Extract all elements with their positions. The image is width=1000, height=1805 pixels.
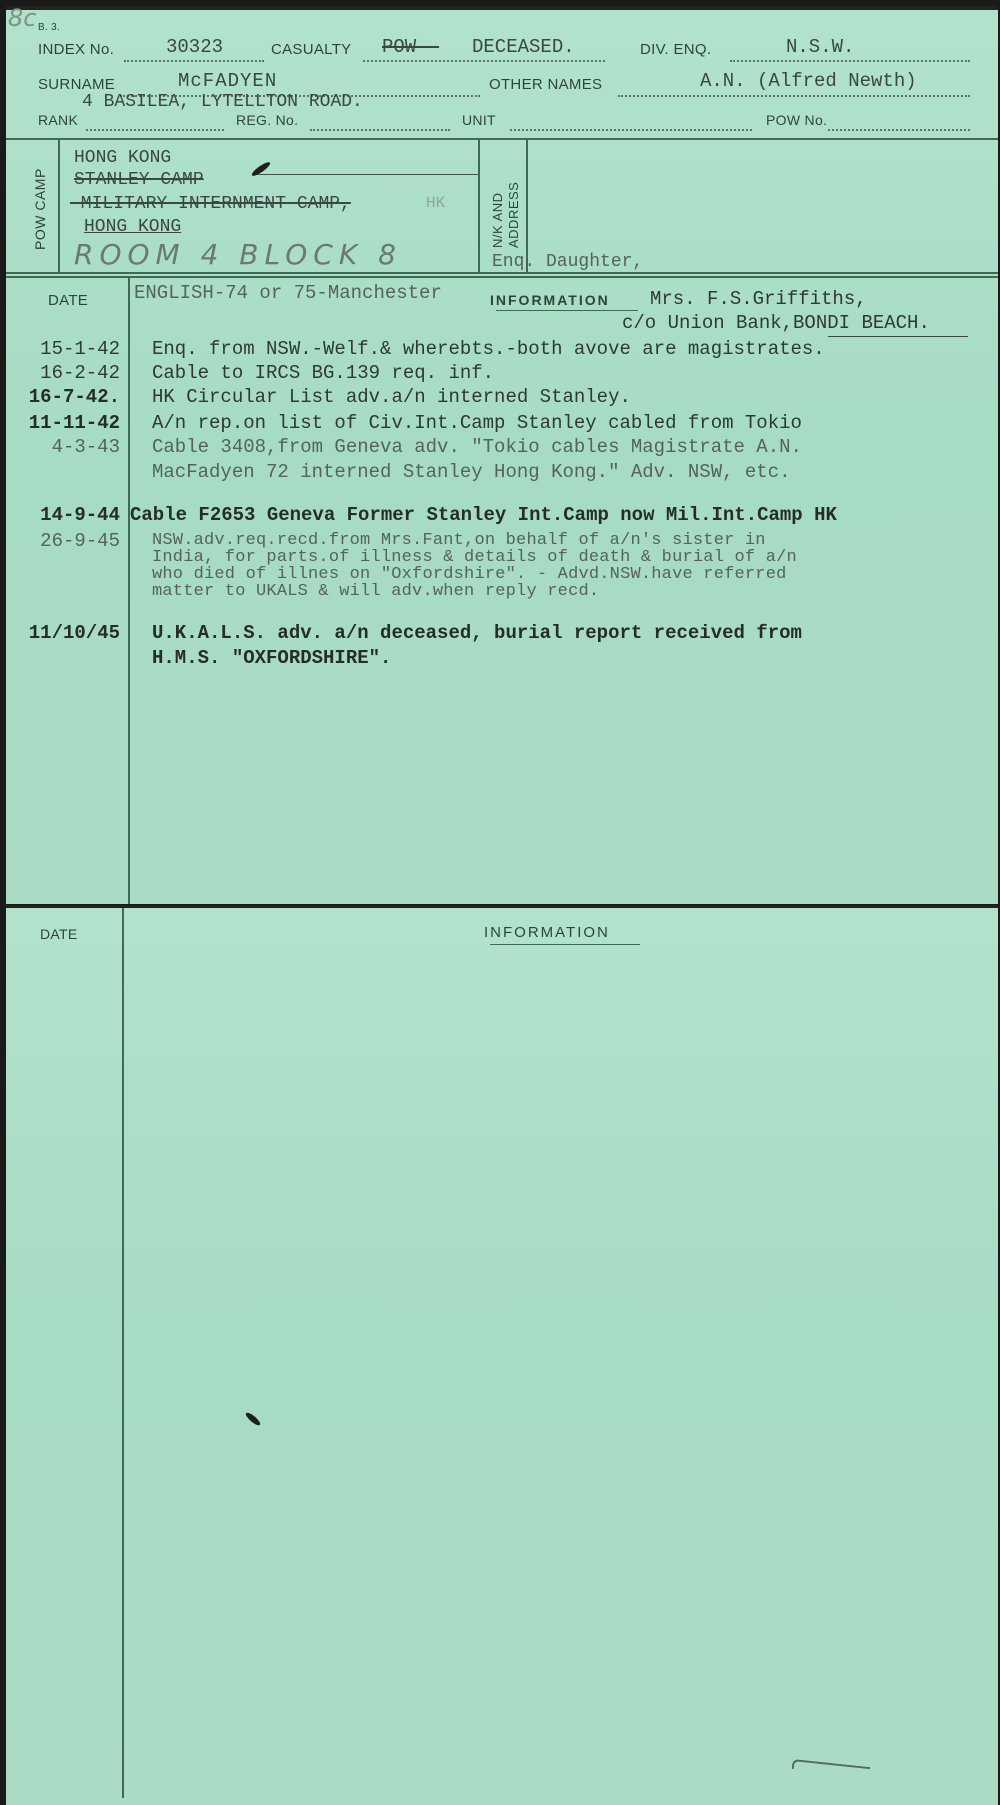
entry-date: 15-1-42 [2,338,120,360]
nk-label-line-1: N/K AND [490,192,505,248]
entry-text-line: H.M.S. "OXFORDSHIRE". [152,647,391,669]
information-header: INFORMATION [490,292,610,308]
pow-camp-strike-rule [256,174,480,175]
information-header-underline [496,310,638,311]
nk-label-line-2: ADDRESS [506,182,521,248]
entry-date: 14-9-44 [2,504,120,526]
back-date-header: DATE [40,926,78,942]
index-card-back: DATE INFORMATION [6,905,998,1805]
other-names-label: OTHER NAMES [489,76,602,93]
entry-date: 4-3-43 [2,436,120,458]
other-names-dots [618,95,970,97]
surname-label: SURNAME [38,76,115,93]
entry-date: 11/10/45 [2,622,120,644]
address-value: 4 BASILEA, LYTELLTON ROAD. [82,92,363,112]
date-column-divider [128,278,130,904]
pow-camp-line-4: HONG KONG [84,217,181,237]
entry-text-line: Cable to IRCS BG.139 req. inf. [152,362,494,384]
div-enq-label: DIV. ENQ. [640,41,711,58]
entry-date: 11-11-42 [2,412,120,434]
rank-label: RANK [38,112,78,128]
nk-address-line-2: Mrs. F.S.Griffiths, [650,288,867,310]
pow-no-dots [828,129,970,131]
index-label: INDEX No. [38,41,114,58]
date-header: DATE [48,292,88,309]
entry-text-line: Cable 3408,from Geneva adv. "Tokio cable… [152,436,802,458]
entry-text-line: MacFadyen 72 interned Stanley Hong Kong.… [152,461,791,483]
index-card-front: 8c B. 3. INDEX No. 30323 CASUALTY POW - … [6,6,998,904]
reg-no-label: REG. No. [236,112,298,128]
casualty-struck-value: POW - [382,36,439,58]
bondi-beach-underline [828,336,968,337]
pow-no-label: POW No. [766,112,827,128]
pow-camp-line-3: -MILITARY INTERNMENT CAMP, [70,194,351,214]
entry-text-line: who died of illnes on "Oxfordshire". - A… [152,566,787,583]
entry-text-line: India, for parts.of illness & details of… [152,549,797,566]
other-names-value: A.N. (Alfred Newth) [700,70,917,92]
nk-address-line-3: c/o Union Bank,BONDI BEACH. [622,312,930,334]
pow-camp-line-1: HONG KONG [74,148,171,168]
entry-text-line: matter to UKALS & will adv.when reply re… [152,583,599,600]
entry-text-line: A/n rep.on list of Civ.Int.Camp Stanley … [152,412,802,434]
reg-no-dots [310,129,450,131]
pow-camp-line-3-suffix: HK [426,194,445,212]
entry-text-line: NSW.adv.req.recd.from Mrs.Fant,on behalf… [152,532,766,549]
entry-date: 16-2-42 [2,362,120,384]
pow-camp-label: POW CAMP [32,168,48,250]
pencil-corner-mark: 8c [8,4,36,32]
entry-text-line: U.K.A.L.S. adv. a/n deceased, burial rep… [152,622,802,644]
ink-smudge [250,160,271,178]
ink-speck [244,1411,262,1427]
table-divider-top [6,272,998,274]
pow-camp-handwritten-note: ROOM 4 BLOCK 8 [74,238,402,271]
table-divider-bottom [6,276,998,278]
div-enq-value: N.S.W. [786,36,854,58]
entry-text-line: Enq. from NSW.-Welf.& wherebts.-both avo… [152,338,825,360]
casualty-dots [363,60,605,62]
nk-address-line-1: Enq. Daughter, [492,252,643,272]
rank-dots [86,129,224,131]
entry-date: 16-7-42. [2,386,120,408]
entry-text-line: HK Circular List adv.a/n interned Stanle… [152,386,631,408]
back-information-header: INFORMATION [484,924,610,941]
unit-label: UNIT [462,112,496,128]
index-value: 30323 [166,36,223,58]
pencil-tick-mark [792,1759,871,1777]
entry-date: 26-9-45 [2,530,120,552]
unit-dots [510,129,752,131]
back-date-column-divider [122,908,124,1798]
div-enq-dots [730,60,970,62]
surname-value: McFADYEN [178,70,277,92]
casualty-value: DECEASED. [472,36,575,58]
nk-left-divider [478,140,480,274]
entry-text-line: Cable F2653 Geneva Former Stanley Int.Ca… [130,504,837,526]
back-information-underline [490,944,640,945]
index-dots [124,60,264,62]
pow-camp-line-2: STANLEY CAMP [74,170,204,190]
header-divider [6,138,998,140]
preamble-note: ENGLISH-74 or 75-Manchester [134,282,442,304]
pow-camp-label-divider [58,140,60,274]
form-code: B. 3. [38,22,60,33]
casualty-label: CASUALTY [271,41,351,58]
